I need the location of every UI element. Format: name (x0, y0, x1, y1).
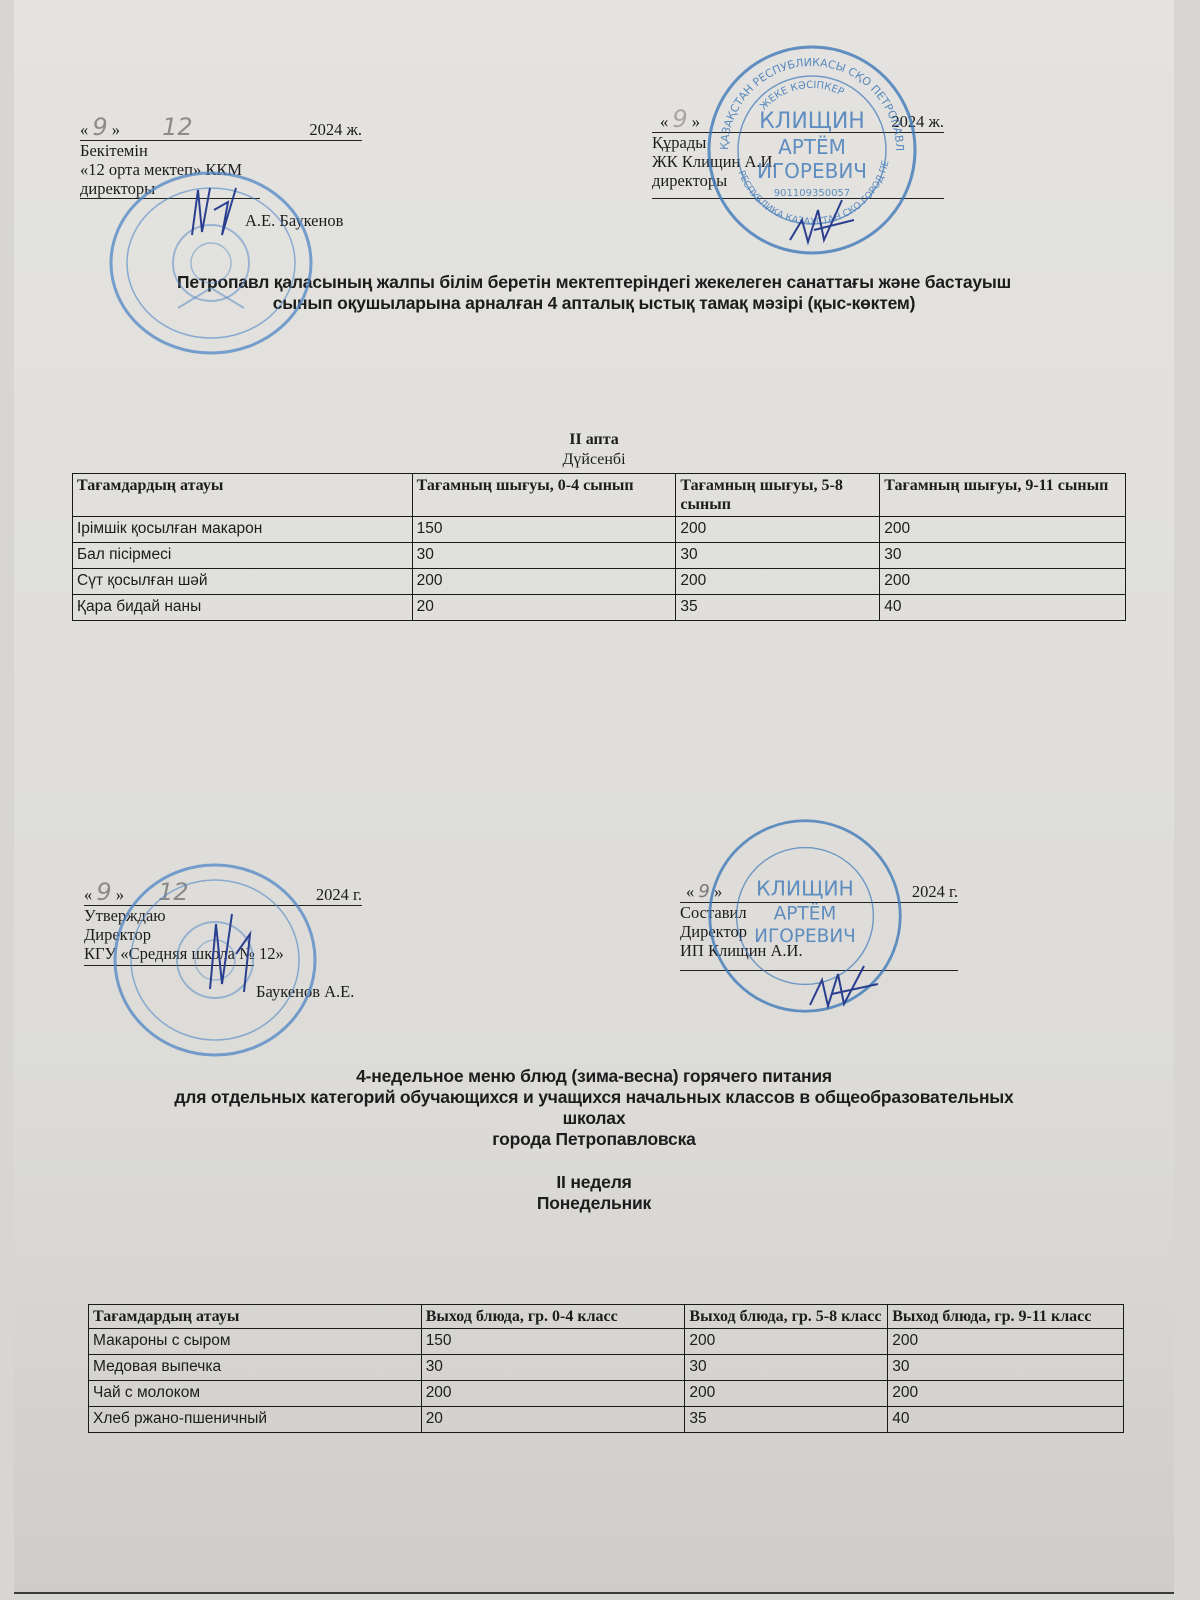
kz-document-title: Петропавл қаласының жалпы білім беретін … (74, 272, 1114, 314)
title-line: 4-недельное меню блюд (зима-весна) горяч… (74, 1066, 1114, 1087)
portion-9-11: 200 (880, 517, 1126, 543)
table-header-row: Тағамдардың атауы Выход блюда, гр. 0-4 к… (89, 1305, 1124, 1329)
kz-compose-block: « 9 » 2024 ж. Құрады ЖК Клищин А.И. дире… (652, 110, 944, 199)
ru-week-heading: II неделя Понедельник (14, 1172, 1174, 1214)
column-header-dish: Тағамдардың атауы (89, 1305, 422, 1329)
portion-5-8: 30 (685, 1355, 888, 1381)
day-label: Дүйсенбі (14, 450, 1174, 470)
week-label: II апта (14, 430, 1174, 450)
column-header-grade-9-11: Выход блюда, гр. 9-11 класс (888, 1305, 1124, 1329)
title-line: для отдельных категорий обучающихся и уч… (74, 1087, 1114, 1108)
portion-5-8: 35 (676, 595, 880, 621)
table-header-row: Тағамдардың атауы Тағамның шығуы, 0-4 сы… (73, 474, 1126, 517)
portion-0-4: 30 (412, 543, 676, 569)
portion-9-11: 40 (880, 595, 1126, 621)
handwritten-month: 12 (162, 113, 193, 141)
title-line: сынып оқушыларына арналған 4 апталық ыст… (74, 293, 1114, 314)
portion-9-11: 30 (880, 543, 1126, 569)
quote-close: » (116, 885, 124, 904)
column-header-grade-0-4: Выход блюда, гр. 0-4 класс (421, 1305, 685, 1329)
signature-scribble (804, 960, 884, 1010)
table-row: Хлеб ржано-пшеничный 20 35 40 (89, 1407, 1124, 1433)
table-row: Сүт қосылған шәй 200 200 200 (73, 569, 1126, 595)
dish-name: Чай с молоком (89, 1381, 422, 1407)
portion-9-11: 200 (888, 1329, 1124, 1355)
portion-9-11: 200 (888, 1381, 1124, 1407)
dish-name: Қара бидай наны (73, 595, 413, 621)
compose-label: Құрады (652, 133, 944, 152)
quote-close: » (714, 882, 722, 901)
dish-name: Медовая выпечка (89, 1355, 422, 1381)
title-line: Петропавл қаласының жалпы білім беретін … (74, 272, 1114, 293)
portion-5-8: 200 (676, 517, 880, 543)
portion-0-4: 20 (421, 1407, 685, 1433)
position-title: Директор (680, 922, 958, 941)
portion-5-8: 200 (685, 1329, 888, 1355)
organization-name: ИП Клищин А.И. (680, 941, 958, 960)
table-row: Ірімшік қосылған макарон 150 200 200 (73, 517, 1126, 543)
column-header-grade-5-8: Тағамның шығуы, 5-8 сынып (676, 474, 880, 517)
quote-open: « (686, 882, 694, 901)
ru-compose-date-line: « 9 » 2024 г. (680, 882, 958, 903)
portion-0-4: 200 (412, 569, 676, 595)
dish-name: Макароны с сыром (89, 1329, 422, 1355)
portion-9-11: 30 (888, 1355, 1124, 1381)
quote-open: « (80, 120, 88, 139)
column-header-grade-5-8: Выход блюда, гр. 5-8 класс (685, 1305, 888, 1329)
position-title: директоры (652, 171, 944, 190)
kz-approve-date-line: « 9 » 12 2024 ж. (80, 118, 362, 141)
kz-compose-date-line: « 9 » 2024 ж. (652, 110, 944, 133)
day-label: Понедельник (14, 1193, 1174, 1214)
ru-approve-date-line: « 9 » 12 2024 г. (84, 883, 362, 906)
ru-menu-table: Тағамдардың атауы Выход блюда, гр. 0-4 к… (88, 1304, 1124, 1433)
column-header-dish: Тағамдардың атауы (73, 474, 413, 517)
signature-scribble (200, 904, 270, 994)
signature-scribble (784, 190, 864, 250)
handwritten-day: 9 (92, 113, 107, 141)
table-row: Медовая выпечка 30 30 30 (89, 1355, 1124, 1381)
date-year: 2024 ж. (309, 120, 362, 139)
organization-name: «12 орта мектеп» ККМ (80, 160, 362, 179)
portion-0-4: 200 (421, 1381, 685, 1407)
kz-menu-table: Тағамдардың атауы Тағамның шығуы, 0-4 сы… (72, 473, 1126, 621)
dish-name: Сүт қосылған шәй (73, 569, 413, 595)
table-row: Бал пісірмесі 30 30 30 (73, 543, 1126, 569)
ru-compose-block: « 9 » 2024 г. Составил Директор ИП Клищи… (680, 882, 958, 971)
signatory-name: Баукенов А.Е. (256, 982, 354, 1001)
portion-9-11: 200 (880, 569, 1126, 595)
table-row: Қара бидай наны 20 35 40 (73, 595, 1126, 621)
ru-document-title: 4-недельное меню блюд (зима-весна) горяч… (74, 1066, 1114, 1150)
date-year: 2024 г. (316, 885, 362, 904)
portion-5-8: 30 (676, 543, 880, 569)
date-year: 2024 г. (912, 882, 958, 901)
signature-scribble (184, 180, 264, 240)
portion-0-4: 30 (421, 1355, 685, 1381)
dish-name: Хлеб ржано-пшеничный (89, 1407, 422, 1433)
portion-0-4: 150 (421, 1329, 685, 1355)
handwritten-day: 9 (672, 105, 687, 133)
title-line: города Петропавловска (74, 1129, 1114, 1150)
portion-5-8: 35 (685, 1407, 888, 1433)
table-row: Макароны с сыром 150 200 200 (89, 1329, 1124, 1355)
column-header-grade-0-4: Тағамның шығуы, 0-4 сынып (412, 474, 676, 517)
portion-5-8: 200 (685, 1381, 888, 1407)
portion-9-11: 40 (888, 1407, 1124, 1433)
svg-text:ЖЕКЕ КӘСІПКЕР: ЖЕКЕ КӘСІПКЕР (758, 80, 845, 112)
portion-0-4: 20 (412, 595, 676, 621)
handwritten-day: 9 (96, 878, 111, 906)
column-header-grade-9-11: Тағамның шығуы, 9-11 сынып (880, 474, 1126, 517)
organization-name: ЖК Клищин А.И. (652, 152, 944, 171)
dish-name: Бал пісірмесі (73, 543, 413, 569)
quote-open: « (660, 112, 668, 131)
date-year: 2024 ж. (891, 112, 944, 131)
document-page: « 9 » 12 2024 ж. Бекітемін «12 орта мект… (14, 0, 1174, 1594)
quote-open: « (84, 885, 92, 904)
approve-label: Бекітемін (80, 141, 362, 160)
title-line: школах (74, 1108, 1114, 1129)
portion-5-8: 200 (676, 569, 880, 595)
table-row: Чай с молоком 200 200 200 (89, 1381, 1124, 1407)
quote-close: » (692, 112, 700, 131)
handwritten-month: 12 (158, 878, 189, 906)
compose-label: Составил (680, 903, 958, 922)
kz-week-heading: II апта Дүйсенбі (14, 430, 1174, 470)
handwritten-day: 9 (698, 881, 709, 902)
quote-close: » (112, 120, 120, 139)
portion-0-4: 150 (412, 517, 676, 543)
dish-name: Ірімшік қосылған макарон (73, 517, 413, 543)
week-label: II неделя (14, 1172, 1174, 1193)
